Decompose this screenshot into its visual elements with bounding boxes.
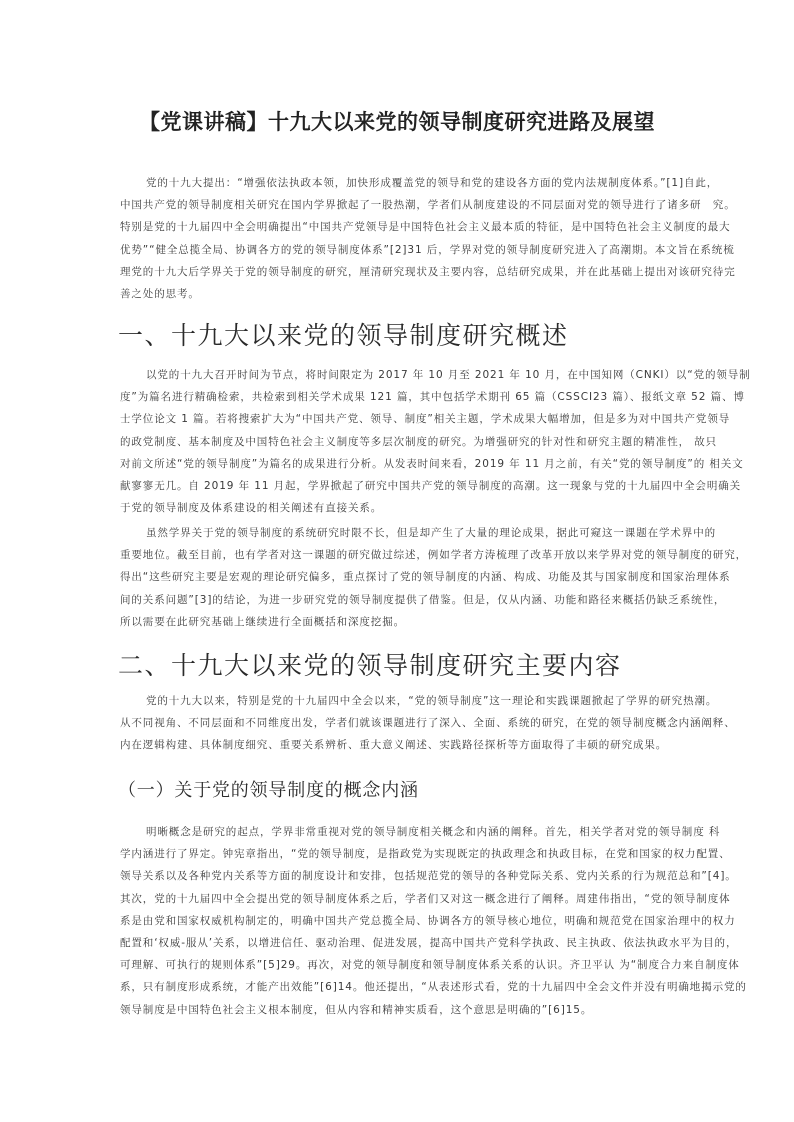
intro-paragraph: 党的十九大提出：“增强依法执政本领，加快形成覆盖党的领导和党的建设各方面的党内法… xyxy=(120,172,685,305)
text-line: 配置和‘权威-服从’关系，以增进信任、驱动治理、促进发展，提高中国共产党科学执政… xyxy=(120,932,685,954)
text-line: 内在逻辑构建、具体制度细究、重要关系辨析、重大意义阐述、实践路径探析等方面取得了… xyxy=(120,734,685,756)
document-page: 【党课讲稿】十九大以来党的领导制度研究进路及展望 党的十九大提出：“增强依法执政… xyxy=(0,0,794,1122)
text-line: 所以需要在此研究基础上继续进行全面概括和深度挖掘。 xyxy=(120,611,685,633)
document-title: 【党课讲稿】十九大以来党的领导制度研究进路及展望 xyxy=(0,106,794,136)
subsection1-paragraph-1: 明晰概念是研究的起点，学界非常重视对党的领导制度相关概念和内涵的阐释。首先，相关… xyxy=(120,821,685,1021)
text-line: 虽然学界关于党的领导制度的系统研究时限不长，但是却产生了大量的理论成果，据此可窥… xyxy=(120,522,685,544)
text-line: 系，只有制度形成系统，才能产出效能”[6]14。他还提出，“从表述形式看，党的十… xyxy=(120,976,685,998)
section1-paragraph-1: 以党的十九大召开时间为节点，将时间限定为 2017 年 10 月至 2021 年… xyxy=(120,364,685,519)
text-line: 特别是党的十九届四中全会明确提出“中国共产党领导是中国特色社会主义最本质的特征，… xyxy=(120,216,685,238)
text-line: 士学位论文 1 篇。若将搜索扩大为“中国共产党、领导、制度”相关主题，学术成果大… xyxy=(120,408,685,430)
section-heading-1: 一、十九大以来党的领导制度研究概述 xyxy=(118,316,569,352)
text-line: 间的关系问题”[3]的结论，为进一步研究党的领导制度提供了借鉴。但是，仅从内涵、… xyxy=(120,589,685,611)
text-line: 党的十九大提出：“增强依法执政本领，加快形成覆盖党的领导和党的建设各方面的党内法… xyxy=(120,172,685,194)
section1-paragraph-2: 虽然学界关于党的领导制度的系统研究时限不长，但是却产生了大量的理论成果，据此可窥… xyxy=(120,522,685,633)
text-line: 献寥寥无几。自 2019 年 11 月起，学界掀起了研究中国共产党的领导制度的高… xyxy=(120,475,685,497)
text-line: 度”为篇名进行精确检索，共检索到相关学术成果 121 篇，其中包括学术期刊 65… xyxy=(120,386,685,408)
text-line: 领导制度是中国特色社会主义根本制度，但从内容和精神实质看，这个意思是明确的”[6… xyxy=(120,999,685,1021)
text-line: 从不同视角、不同层面和不同维度出发，学者们就该课题进行了深入、全面、系统的研究，… xyxy=(120,712,685,734)
text-line: 以党的十九大召开时间为节点，将时间限定为 2017 年 10 月至 2021 年… xyxy=(120,364,685,386)
text-line: 重要地位。截至目前，也有学者对这一课题的研究做过综述，例如学者方涛梳理了改革开放… xyxy=(120,544,685,566)
text-line: 明晰概念是研究的起点，学界非常重视对党的领导制度相关概念和内涵的阐释。首先，相关… xyxy=(120,821,685,843)
text-line: 其次，党的十九届四中全会提出党的领导制度体系之后，学者们又对这一概念进行了阐释。… xyxy=(120,888,685,910)
text-line: 领导关系以及各种党内关系等方面的制度设计和安排，包括规范党的领导的各种党际关系、… xyxy=(120,865,685,887)
text-line: 系是由党和国家权威机构制定的，明确中国共产党总揽全局、协调各方的领导核心地位，明… xyxy=(120,910,685,932)
text-line: 善之处的思考。 xyxy=(120,283,685,305)
text-line: 可理解、可执行的规则体系”[5]29。再次，对党的领导制度和领导制度体系关系的认… xyxy=(120,954,685,976)
section-heading-2: 二、十九大以来党的领导制度研究主要内容 xyxy=(118,646,622,682)
text-line: 学内涵进行了界定。钟宪章指出，“党的领导制度，是指政党为实现既定的执政理念和执政… xyxy=(120,843,685,865)
text-line: 中国共产党的领导制度相关研究在国内学界掀起了一股热潮，学者们从制度建设的不同层面… xyxy=(120,194,685,216)
text-line: 于党的领导制度及体系建设的相关阐述有直接关系。 xyxy=(120,497,685,519)
text-line: 的政党制度、基本制度及中国特色社会主义制度等多层次制度的研究。为增强研究的针对性… xyxy=(120,431,685,453)
text-line: 理党的十九大后学界关于党的领导制度的研究，厘清研究现状及主要内容，总结研究成果，… xyxy=(120,261,685,283)
subsection-heading-1: （一）关于党的领导制度的概念内涵 xyxy=(118,776,419,802)
text-line: 得出“这些研究主要是宏观的理论研究偏多，重点探讨了党的领导制度的内涵、构成、功能… xyxy=(120,566,685,588)
section2-paragraph-1: 党的十九大以来，特别是党的十九届四中全会以来，“党的领导制度”这一理论和实践课题… xyxy=(120,690,685,757)
text-line: 优势”“健全总揽全局、协调各方的党的领导制度体系”[2]31 后，学界对党的领导… xyxy=(120,239,685,261)
text-line: 党的十九大以来，特别是党的十九届四中全会以来，“党的领导制度”这一理论和实践课题… xyxy=(120,690,685,712)
text-line: 对前文所述“党的领导制度”为篇名的成果进行分析。从发表时间来看，2019 年 1… xyxy=(120,453,685,475)
